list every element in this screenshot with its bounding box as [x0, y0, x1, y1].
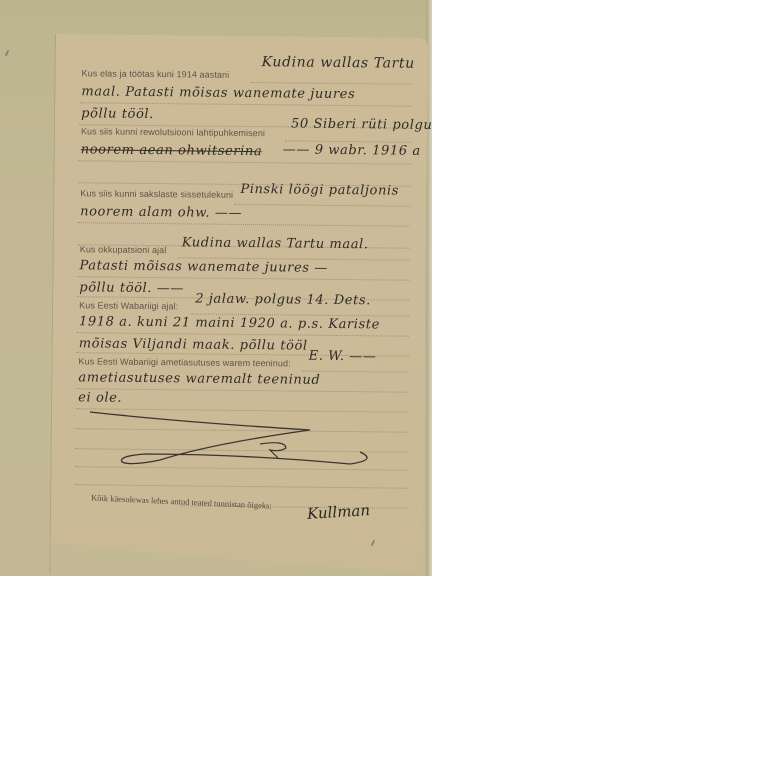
field-answer-republic-line-3: mõisas Viljandi maak. põllu tööl	[79, 336, 308, 353]
field-answer-office-line-2: ametiasutuses waremalt teeninud	[78, 370, 320, 388]
field-answer-occupation-line-3: põllu tööl. ——	[79, 280, 184, 296]
field-answer-republic-line-1: 2 jalaw. polgus 14. Dets.	[195, 291, 371, 308]
field-answer-germans-line-2: noorem alam ohw. ——	[80, 204, 242, 221]
attestation-label: Kõik käesolewas lehes antud teated tunni…	[91, 492, 272, 510]
field-answer-revolution-line-2: —— 9 wabr. 1916 a	[283, 142, 421, 158]
ruled-line	[79, 160, 411, 164]
form-sheet: Kus elas ja töötas kuni 1914 aastani Kud…	[50, 34, 428, 576]
field-label-occupation: Kus okkupatsioni ajal	[80, 244, 167, 255]
ruled-line	[234, 204, 410, 207]
field-answer-1914-line-2: maal. Patasti mõisas wanemate juures	[81, 84, 355, 102]
attestation-signature: Kullman	[307, 501, 371, 523]
field-label-germans: Kus siis kunni sakslaste sissetulekuni	[80, 188, 233, 200]
field-answer-occupation-line-1: Kudina wallas Tartu maal.	[182, 235, 369, 252]
document-photo: Kus elas ja töötas kuni 1914 aastani Kud…	[0, 0, 432, 576]
ruled-line	[76, 388, 408, 392]
ruled-line	[78, 222, 410, 226]
paper-speck	[5, 50, 9, 56]
field-answer-revolution-struck: noorem aean ohwitserina	[81, 142, 263, 159]
field-answer-1914-line-3: põllu tööl.	[81, 106, 154, 122]
ruled-line	[250, 82, 410, 85]
field-label-office: Kus Eesti Wabariigi ametiasutuses warem …	[79, 356, 291, 368]
field-label-revolution: Kus siis kunni rewolutsiooni lahtipuhkem…	[81, 126, 265, 138]
sheet-torn-edge	[50, 542, 422, 576]
field-answer-1914-line-1: Kudina wallas Tartu	[262, 54, 415, 72]
field-label-republic: Kus Eesti Wabariigi ajal:	[79, 300, 178, 311]
field-answer-revolution-line-1: 50 Siberi rüti polgus	[291, 116, 432, 133]
ruled-line	[75, 484, 407, 488]
field-answer-office-line-1: E. W. ——	[309, 349, 377, 365]
field-label-1914: Kus elas ja töötas kuni 1914 aastani	[82, 68, 230, 80]
field-answer-occupation-line-2: Patasti mõisas wanemate juures —	[79, 258, 328, 276]
field-answer-germans-line-1: Pinski löögi pataljonis	[240, 182, 399, 199]
cancellation-scribble-icon	[60, 404, 400, 484]
field-answer-republic-line-2: 1918 a. kuni 21 maini 1920 a. p.s. Karis…	[79, 314, 380, 332]
